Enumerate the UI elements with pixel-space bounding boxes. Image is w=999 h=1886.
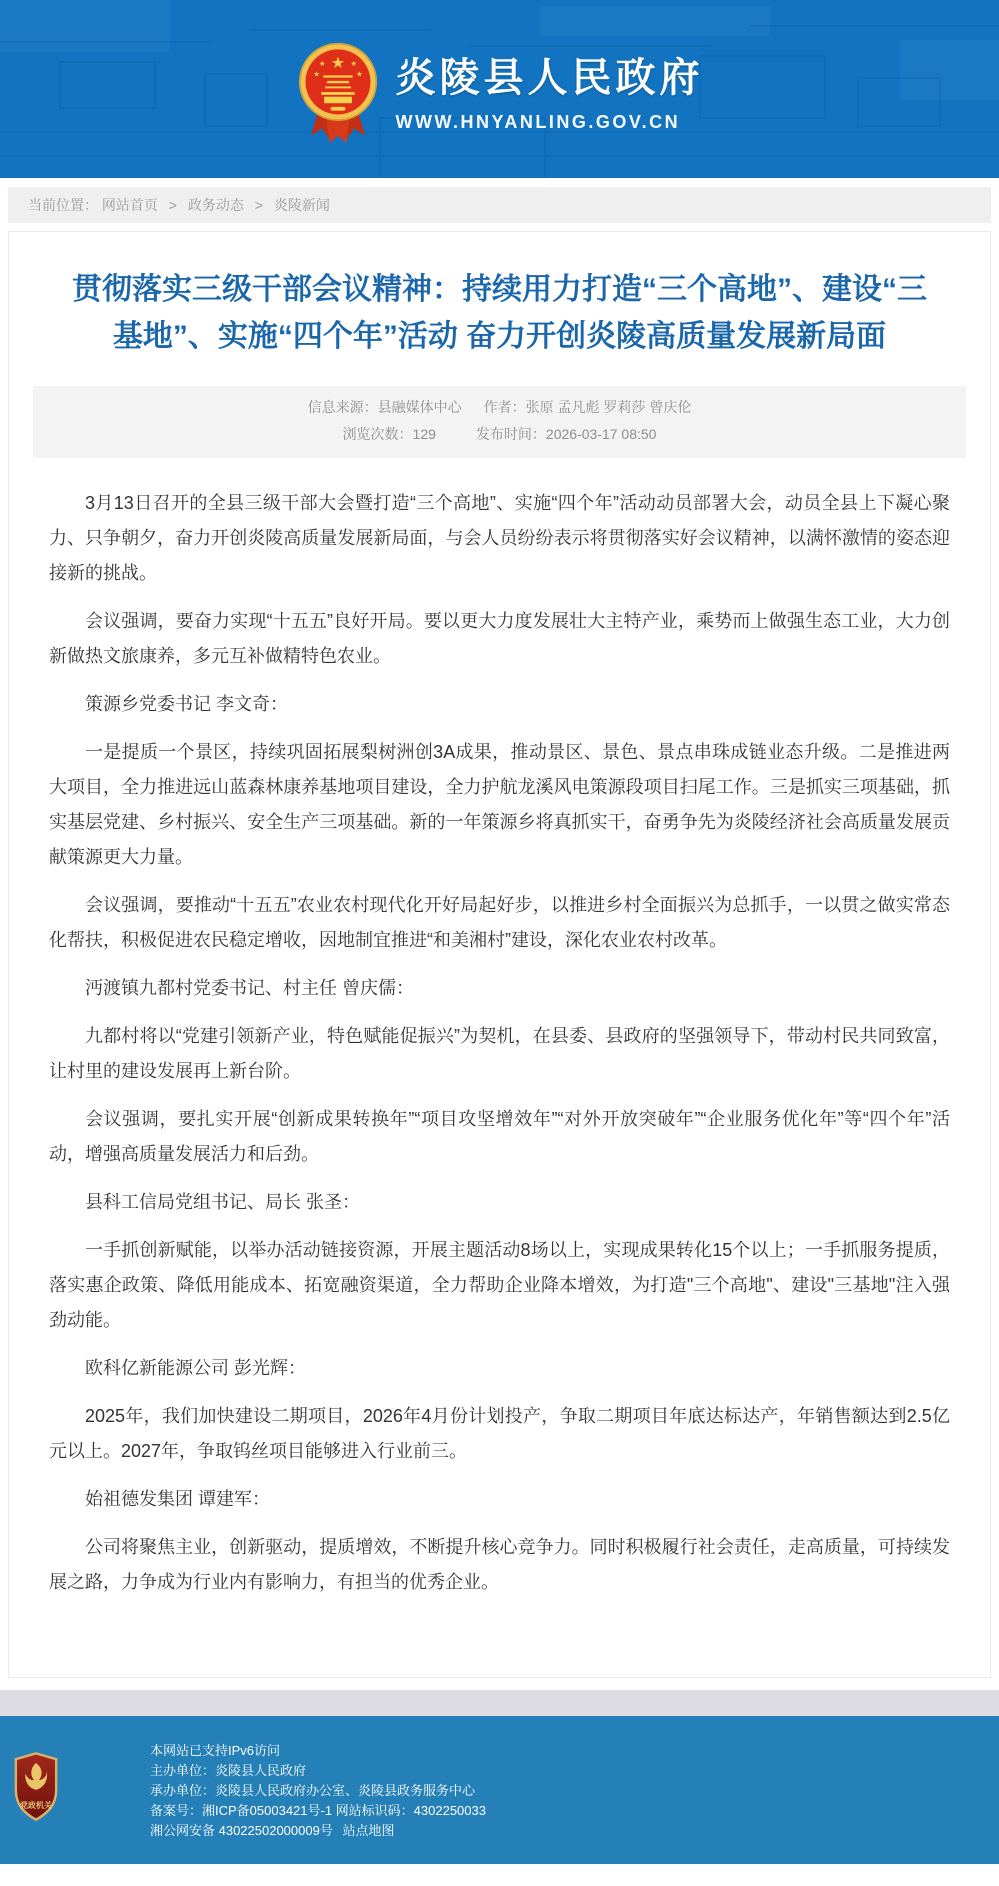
footer-icp-record: 备案号：湘ICP备05003421号-1 网站标识码：4302250033 — [150, 1801, 989, 1821]
article-paragraph: 县科工信局党组书记、局长 张圣： — [49, 1185, 950, 1220]
svg-text:★: ★ — [330, 55, 344, 72]
article-paragraph: 公司将聚焦主业，创新驱动，提质增效，不断提升核心竞争力。同时积极履行社会责任，走… — [49, 1530, 950, 1600]
article-paragraph: 策源乡党委书记 李文奇： — [49, 687, 950, 722]
article-paragraph: 一是提质一个景区，持续巩固拓展梨树洲创3A成果，推动景区、景色、景点串珠成链业态… — [49, 735, 950, 875]
svg-text:★: ★ — [356, 69, 363, 78]
gov-badge-label: 党政机关 — [12, 1800, 60, 1811]
footer-host-unit: 主办单位：炎陵县人民政府 — [150, 1761, 989, 1781]
article-paragraph: 欧科亿新能源公司 彭光辉： — [49, 1351, 950, 1386]
meta-line-source-author: 信息来源：县融媒体中心作者：张原 孟凡彪 罗莉莎 曾庆伦 — [33, 394, 966, 421]
site-name: 炎陵县人民政府 — [396, 46, 704, 103]
national-emblem-icon: ★ ★ ★ ★ ★ — [296, 41, 380, 145]
site-url: WWW.HNYANLING.GOV.CN — [396, 112, 704, 133]
article-paragraph: 3月13日召开的全县三级干部大会暨打造“三个高地”、实施“四个年”活动动员部署大… — [49, 486, 950, 591]
article-meta: 信息来源：县融媒体中心作者：张原 孟凡彪 罗莉莎 曾庆伦 浏览次数：129发布时… — [33, 386, 966, 458]
breadcrumb-item-gov-news[interactable]: 政务动态 — [188, 197, 244, 213]
footer-organizer: 承办单位：炎陵县人民政府办公室、炎陵县政务服务中心 — [150, 1781, 989, 1801]
article-paragraph: 会议强调，要推动“十五五”农业农村现代化开好局起好步，以推进乡村全面振兴为总抓手… — [49, 888, 950, 958]
breadcrumb: 当前位置： 网站首页 > 政务动态 > 炎陵新闻 — [8, 187, 991, 223]
site-footer: 党政机关 本网站已支持IPv6访问 主办单位：炎陵县人民政府 承办单位：炎陵县人… — [0, 1716, 999, 1864]
article-paragraph: 一手抓创新赋能，以举办活动链接资源，开展主题活动8场以上，实现成果转化15个以上… — [49, 1233, 950, 1338]
site-header: ★ ★ ★ ★ ★ 炎陵县人民政府 WWW.HNYANLING.GOV.CN — [0, 0, 999, 178]
article-paragraph: 沔渡镇九都村党委书记、村主任 曾庆儒： — [49, 971, 950, 1006]
footer-divider — [0, 1690, 999, 1716]
meta-views-value: 129 — [413, 426, 436, 442]
meta-author-value: 张原 孟凡彪 罗莉莎 曾庆伦 — [526, 399, 692, 415]
meta-publish-value: 2026-03-17 08:50 — [546, 426, 657, 442]
meta-source-value: 县融媒体中心 — [378, 399, 462, 415]
breadcrumb-item-yanling-news[interactable]: 炎陵新闻 — [274, 197, 330, 213]
article-title: 贯彻落实三级干部会议精神：持续用力打造“三个高地”、建设“三基地”、实施“四个年… — [67, 266, 932, 360]
footer-ipv6-note: 本网站已支持IPv6访问 — [150, 1741, 989, 1761]
header-brand: ★ ★ ★ ★ ★ 炎陵县人民政府 WWW.HNYANLING.GOV.CN — [0, 0, 999, 178]
article-paragraph: 会议强调，要奋力实现“十五五”良好开局。要以更大力度发展壮大主特产业，乘势而上做… — [49, 604, 950, 674]
breadcrumb-separator: > — [255, 197, 263, 213]
meta-views-label: 浏览次数： — [343, 426, 413, 442]
meta-line-views-date: 浏览次数：129发布时间：2026-03-17 08:50 — [33, 421, 966, 448]
breadcrumb-label: 当前位置： — [28, 197, 98, 213]
footer-security-record: 湘公网安备 43022502000009号 — [150, 1823, 333, 1838]
svg-text:★: ★ — [313, 69, 320, 78]
footer-security-line: 湘公网安备 43022502000009号 站点地图 — [150, 1821, 989, 1841]
breadcrumb-separator: > — [169, 197, 177, 213]
footer-info: 本网站已支持IPv6访问 主办单位：炎陵县人民政府 承办单位：炎陵县人民政府办公… — [0, 1716, 999, 1841]
article-body: 3月13日召开的全县三级干部大会暨打造“三个高地”、实施“四个年”活动动员部署大… — [33, 458, 966, 1600]
breadcrumb-item-home[interactable]: 网站首页 — [102, 197, 158, 213]
article-paragraph: 九都村将以“党建引领新产业，特色赋能促振兴”为契机，在县委、县政府的坚强领导下，… — [49, 1019, 950, 1089]
article-paragraph: 会议强调，要扎实开展“创新成果转换年”“项目攻坚增效年”“对外开放突破年”“企业… — [49, 1102, 950, 1172]
article-card: 贯彻落实三级干部会议精神：持续用力打造“三个高地”、建设“三基地”、实施“四个年… — [8, 231, 991, 1678]
article-paragraph: 始祖德发集团 谭建军： — [49, 1482, 950, 1517]
article-paragraph: 2025年，我们加快建设二期项目，2026年4月份计划投产，争取二期项目年底达标… — [49, 1399, 950, 1469]
svg-text:★: ★ — [318, 59, 325, 68]
meta-author-label: 作者： — [484, 399, 526, 415]
meta-source-label: 信息来源： — [308, 399, 378, 415]
meta-publish-label: 发布时间： — [476, 426, 546, 442]
footer-sitemap-link[interactable]: 站点地图 — [342, 1823, 394, 1838]
svg-text:★: ★ — [350, 59, 357, 68]
gov-agency-badge-icon: 党政机关 — [12, 1750, 60, 1824]
